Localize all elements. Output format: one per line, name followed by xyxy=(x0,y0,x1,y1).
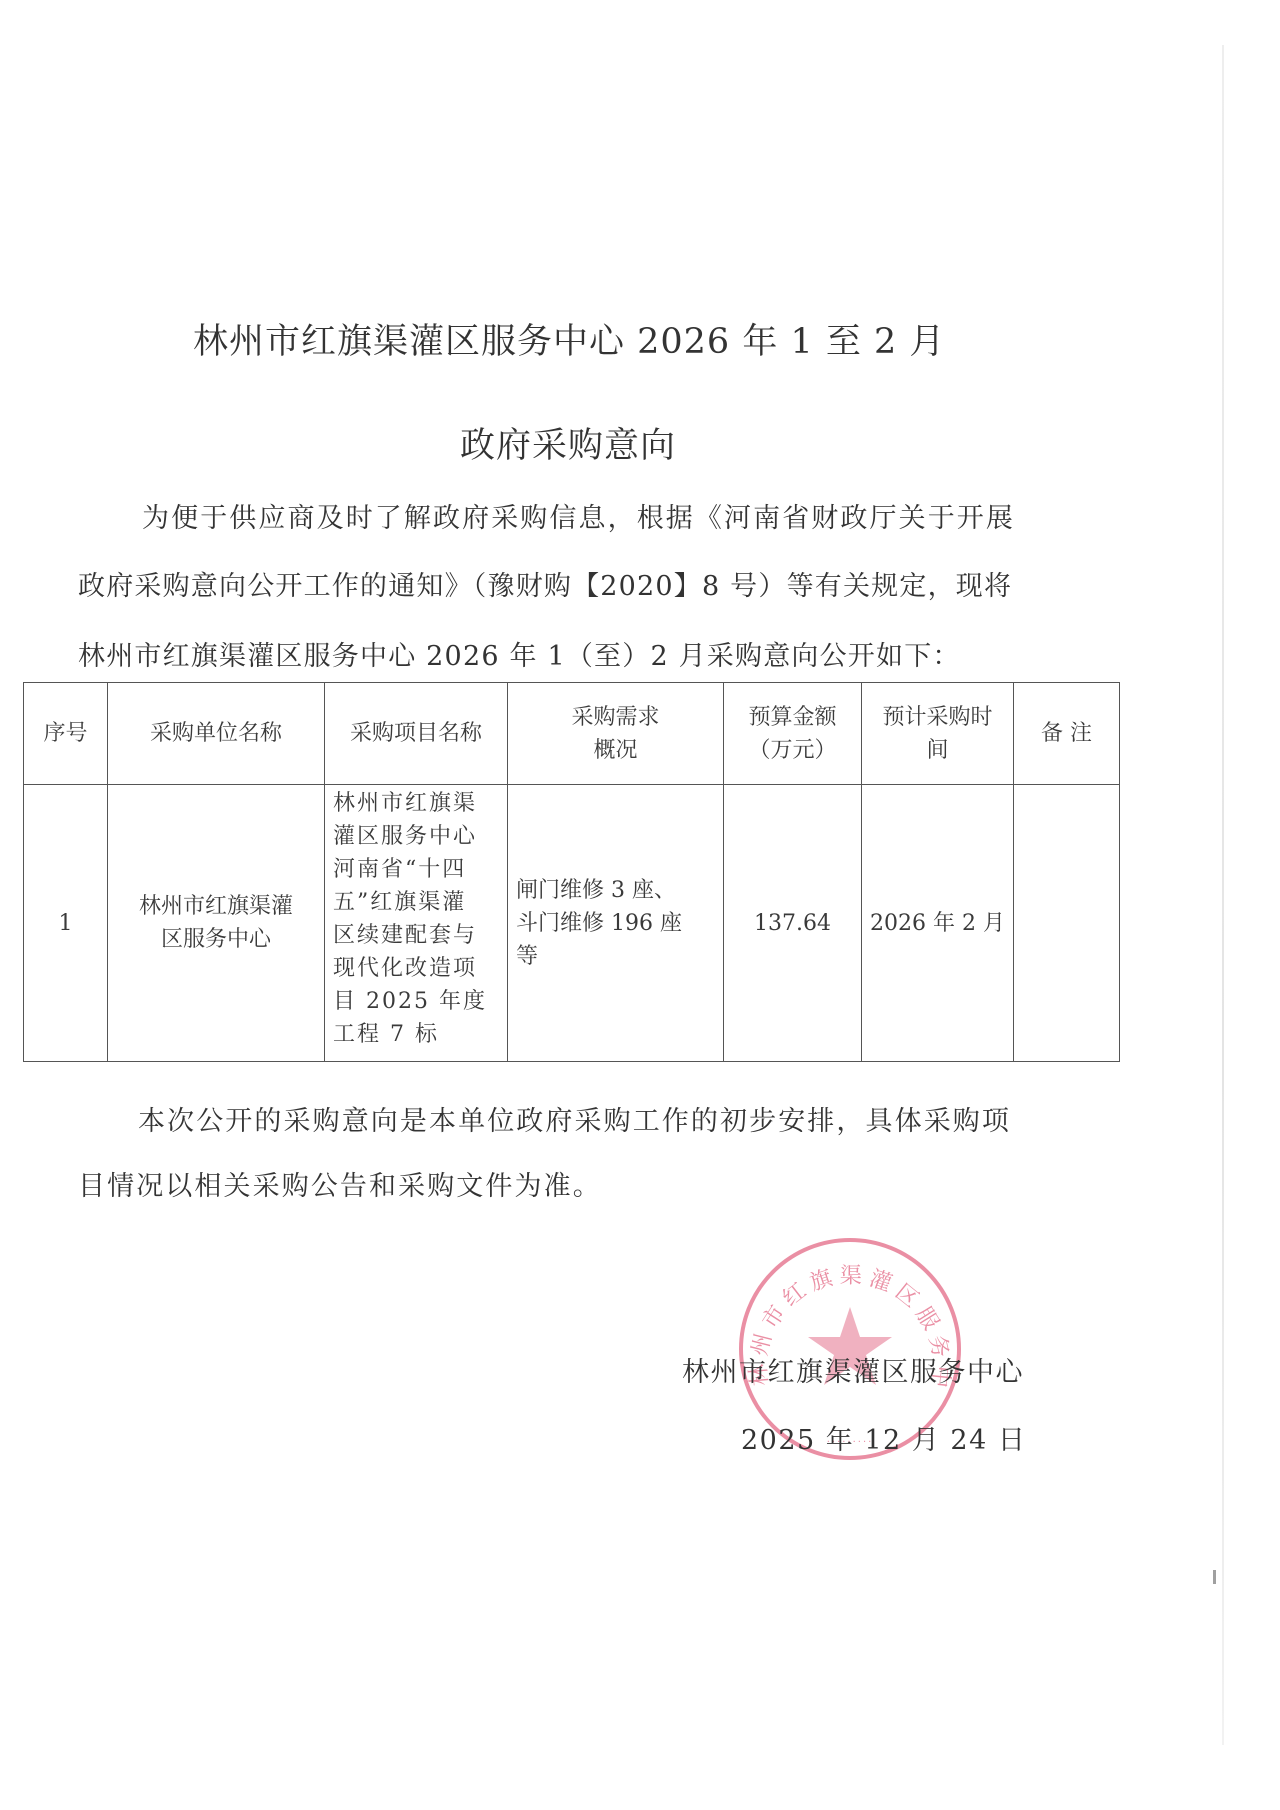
table-header-row: 序号 采购单位名称 采购项目名称 采购需求 概况 预算金额 （万元） 预计采购时… xyxy=(24,683,1120,785)
header-time-line-1: 预计采购时 xyxy=(862,701,1013,734)
signature-date: 2025 年 12 月 24 日 xyxy=(741,1418,1026,1457)
header-demand-line-1: 采购需求 xyxy=(508,701,723,734)
scan-edge-line xyxy=(1222,45,1224,1745)
cell-demand-line-3: 等 xyxy=(516,940,723,973)
cell-note xyxy=(1014,785,1120,1062)
cell-budget: 137.64 xyxy=(724,785,862,1062)
cell-project-line: 现代化改造项 xyxy=(333,952,501,985)
header-time-line-2: 间 xyxy=(862,734,1013,767)
cell-unit: 林州市红旗渠灌 区服务中心 xyxy=(108,785,325,1062)
intro-line-2: 政府采购意向公开工作的通知》（豫财购【2020】8 号）等有关规定，现将 xyxy=(78,573,1012,600)
header-seq: 序号 xyxy=(24,683,108,785)
cell-demand-line-2: 斗门维修 196 座 xyxy=(516,907,723,940)
cell-project-line: 五”红旗渠灌 xyxy=(333,886,501,919)
cell-seq: 1 xyxy=(24,785,108,1062)
procurement-intent-table: 序号 采购单位名称 采购项目名称 采购需求 概况 预算金额 （万元） 预计采购时… xyxy=(23,682,1120,1062)
header-time: 预计采购时 间 xyxy=(862,683,1014,785)
header-project: 采购项目名称 xyxy=(325,683,508,785)
cell-demand: 闸门维修 3 座、 斗门维修 196 座 等 xyxy=(508,785,724,1062)
cell-time: 2026 年 2 月 xyxy=(862,785,1014,1062)
doc-title-line-1: 林州市红旗渠灌区服务中心 2026 年 1 至 2 月 xyxy=(193,314,945,364)
cell-unit-line-2: 区服务中心 xyxy=(108,923,324,956)
scan-mark xyxy=(1213,1570,1216,1584)
closing-line-2: 目情况以相关采购公告和采购文件为准。 xyxy=(78,1173,602,1200)
header-unit: 采购单位名称 xyxy=(108,683,325,785)
cell-project-line: 工程 7 标 xyxy=(333,1018,501,1051)
intro-line-1: 为便于供应商及时了解政府采购信息，根据《河南省财政厅关于开展 xyxy=(142,505,1015,532)
closing-line-1: 本次公开的采购意向是本单位政府采购工作的初步安排，具体采购项 xyxy=(138,1108,1011,1135)
header-demand-line-2: 概况 xyxy=(508,734,723,767)
cell-project: 林州市红旗渠 灌区服务中心 河南省“十四 五”红旗渠灌 区续建配套与 现代化改造… xyxy=(325,785,508,1062)
cell-project-line: 河南省“十四 xyxy=(333,853,501,886)
header-budget-line-2: （万元） xyxy=(724,734,861,767)
cell-project-line: 目 2025 年度 xyxy=(333,985,501,1018)
intro-line-3: 林州市红旗渠灌区服务中心 2026 年 1（至）2 月采购意向公开如下： xyxy=(78,643,961,670)
cell-project-line: 区续建配套与 xyxy=(333,919,501,952)
signature-org: 林州市红旗渠灌区服务中心 xyxy=(682,1350,1024,1389)
header-note: 备 注 xyxy=(1014,683,1120,785)
doc-title-line-2: 政府采购意向 xyxy=(460,418,676,468)
table-row: 1 林州市红旗渠灌 区服务中心 林州市红旗渠 灌区服务中心 河南省“十四 五”红… xyxy=(24,785,1120,1062)
header-budget-line-1: 预算金额 xyxy=(724,701,861,734)
cell-demand-line-1: 闸门维修 3 座、 xyxy=(516,874,723,907)
cell-project-line: 林州市红旗渠 xyxy=(333,787,501,820)
header-budget: 预算金额 （万元） xyxy=(724,683,862,785)
cell-unit-line-1: 林州市红旗渠灌 xyxy=(108,890,324,923)
cell-project-line: 灌区服务中心 xyxy=(333,820,501,853)
header-demand: 采购需求 概况 xyxy=(508,683,724,785)
